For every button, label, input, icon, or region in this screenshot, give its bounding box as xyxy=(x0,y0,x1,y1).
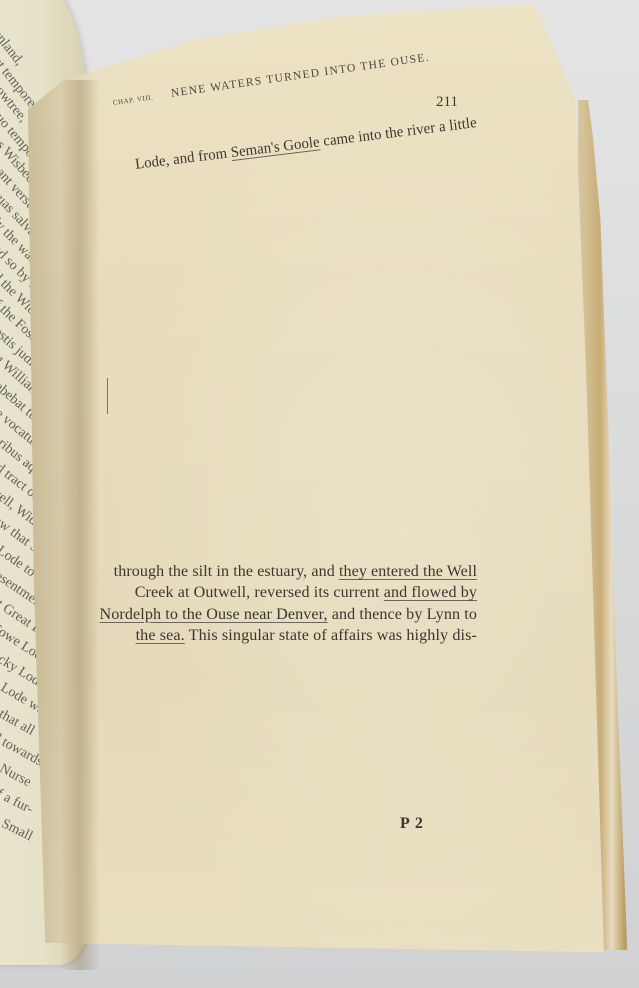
page-number: 211 xyxy=(436,94,458,111)
underlined-passage: the sea. xyxy=(136,627,185,644)
text-line: Creek at Outwell, reversed its current a… xyxy=(135,584,477,602)
running-head-title: NENE WATERS TURNED INTO THE OUSE. xyxy=(170,51,430,99)
chapter-label: CHAP. VIII. xyxy=(112,93,153,107)
signature-mark: P 2 xyxy=(400,815,424,833)
underlined-passage: and flowed by xyxy=(384,584,477,601)
underlined-passage: they entered the Well xyxy=(339,563,477,580)
underlined-passage: Seman's Goole xyxy=(230,133,321,161)
running-head: CHAP. VIII. NENE WATERS TURNED INTO THE … xyxy=(112,51,431,107)
text-line: the sea. This singular state of affairs … xyxy=(136,627,477,645)
underlined-passage: Nordelph to the Ouse near Denver, xyxy=(100,606,328,623)
text-line: through the silt in the estuary, and the… xyxy=(114,563,477,581)
text-line: Nordelph to the Ouse near Denver, and th… xyxy=(100,606,478,624)
pencil-margin-mark xyxy=(107,378,108,414)
right-page-text: CHAP. VIII. NENE WATERS TURNED INTO THE … xyxy=(0,0,639,988)
text-line: Lode, and from Seman's Goole came into t… xyxy=(134,114,478,174)
